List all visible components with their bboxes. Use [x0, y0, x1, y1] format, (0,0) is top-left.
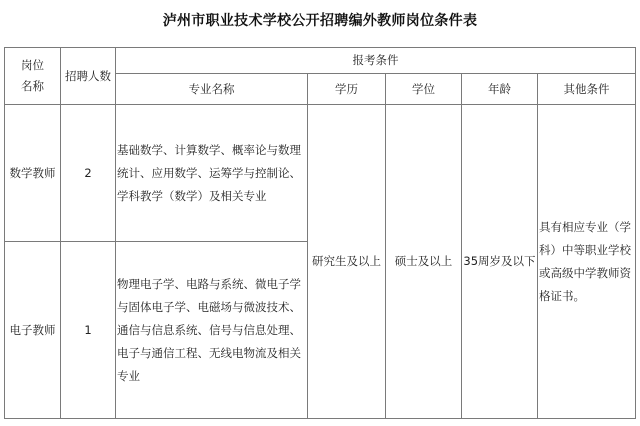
page-title: 泸州市职业技术学校公开招聘编外教师岗位条件表 — [0, 10, 640, 30]
cell-headcount: 1 — [61, 242, 116, 419]
table-row: 数学教师 2 基础数学、计算数学、概率论与数理统计、应用数学、运筹学与控制论、学… — [5, 105, 636, 242]
position-requirements-table: 岗位 名称 招聘人数 报考条件 专业名称 学历 学位 年龄 其他条件 数学教师 … — [4, 47, 636, 419]
header-education: 学历 — [308, 74, 386, 105]
cell-other: 具有相应专业（学科）中等职业学校或高级中学教师资格证书。 — [538, 105, 636, 419]
cell-headcount: 2 — [61, 105, 116, 242]
header-position-name-line1: 岗位 — [21, 58, 44, 72]
cell-age: 35周岁及以下 — [462, 105, 538, 419]
cell-majors: 物理电子学、电路与系统、微电子学与固体电子学、电磁场与微波技术、通信与信息系统、… — [116, 242, 308, 419]
cell-degree: 硕士及以上 — [386, 105, 462, 419]
header-requirements-group: 报考条件 — [116, 48, 636, 74]
header-age: 年龄 — [462, 74, 538, 105]
header-position-name-line2: 名称 — [21, 79, 44, 93]
header-position-name: 岗位 名称 — [5, 48, 61, 105]
cell-position: 数学教师 — [5, 105, 61, 242]
header-majors: 专业名称 — [116, 74, 308, 105]
header-headcount: 招聘人数 — [61, 48, 116, 105]
header-other: 其他条件 — [538, 74, 636, 105]
header-degree: 学位 — [386, 74, 462, 105]
cell-majors: 基础数学、计算数学、概率论与数理统计、应用数学、运筹学与控制论、学科教学（数学）… — [116, 105, 308, 242]
cell-position: 电子教师 — [5, 242, 61, 419]
cell-education: 研究生及以上 — [308, 105, 386, 419]
